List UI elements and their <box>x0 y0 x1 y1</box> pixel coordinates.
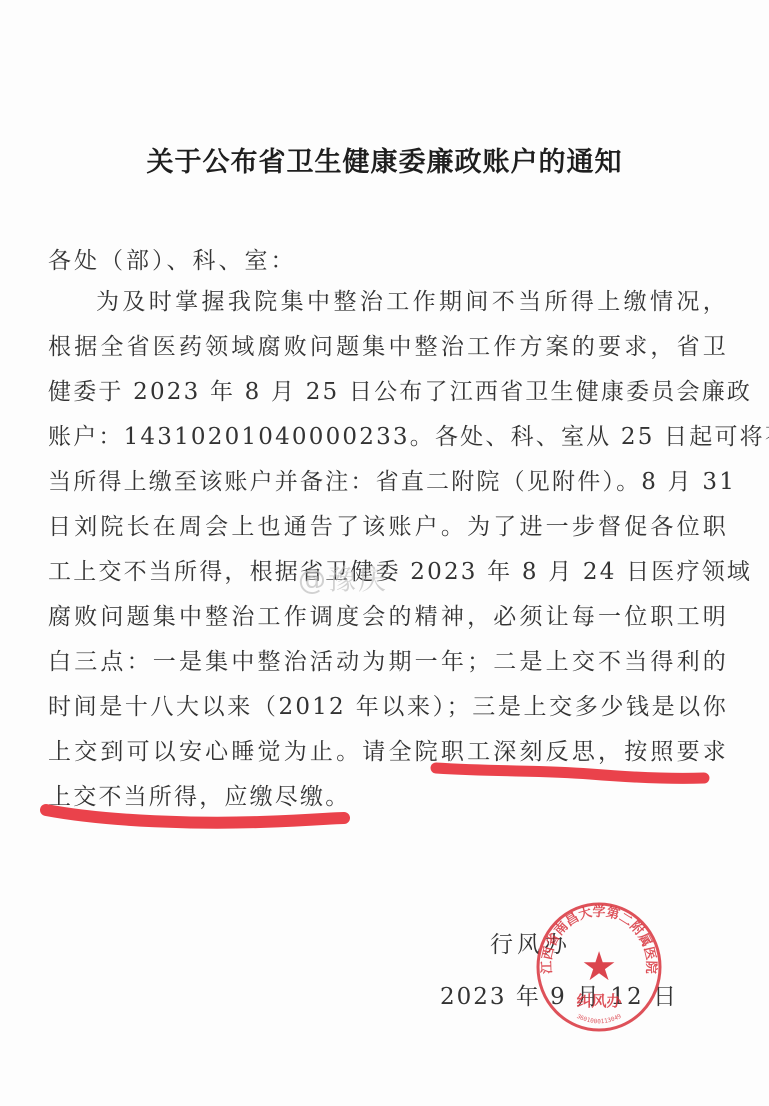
body-line: 白三点：一是集中整治活动为期一年；二是上交不当得利的 <box>48 646 728 691</box>
official-seal-icon: 江西省南昌大学第二附属医院 ★ 纠风办 3601000113049 <box>534 900 664 1034</box>
body-line: 工上交不当所得，根据省卫健委 2023 年 8 月 24 日医疗领域 <box>48 556 728 601</box>
svg-text:3601000113049: 3601000113049 <box>575 1013 622 1026</box>
body-line: 为及时掌握我院集中整治工作期间不当所得上缴情况， <box>48 286 728 331</box>
document-title: 关于公布省卫生健康委廉政账户的通知 <box>0 140 769 179</box>
body-line: 上交到可以安心睡觉为止。请全院职工深刻反思，按照要求 <box>48 736 728 781</box>
document-body: 为及时掌握我院集中整治工作期间不当所得上缴情况， 根据全省医药领域腐败问题集中整… <box>48 286 728 826</box>
seal-serial: 3601000113049 <box>575 1013 622 1026</box>
issuer-signature: 行风办 <box>490 926 571 959</box>
body-line: 根据全省医药领域腐败问题集中整治工作方案的要求，省卫 <box>48 331 728 376</box>
issue-date: 2023 年 9 月 12 日 <box>440 978 678 1011</box>
body-line: 健委于 2023 年 8 月 25 日公布了江西省卫生健康委员会廉政 <box>48 376 728 421</box>
body-line: 腐败问题集中整治工作调度会的精神，必须让每一位职工明 <box>48 601 728 646</box>
body-line: 时间是十八大以来（2012 年以来）；三是上交多少钱是以你 <box>48 691 728 736</box>
body-line: 账户：14310201040000233。各处、科、室从 25 日起可将不 <box>48 421 728 466</box>
document-page: 关于公布省卫生健康委廉政账户的通知 各处（部）、科、室： 为及时掌握我院集中整治… <box>0 0 769 1106</box>
body-line: 当所得上缴至该账户并备注：省直二附院（见附件）。8 月 31 <box>48 466 728 511</box>
body-line: 上交不当所得，应缴尽缴。 <box>48 781 728 826</box>
body-line: 日刘院长在周会上也通告了该账户。为了进一步督促各位职 <box>48 511 728 556</box>
salutation: 各处（部）、科、室： <box>48 242 297 275</box>
